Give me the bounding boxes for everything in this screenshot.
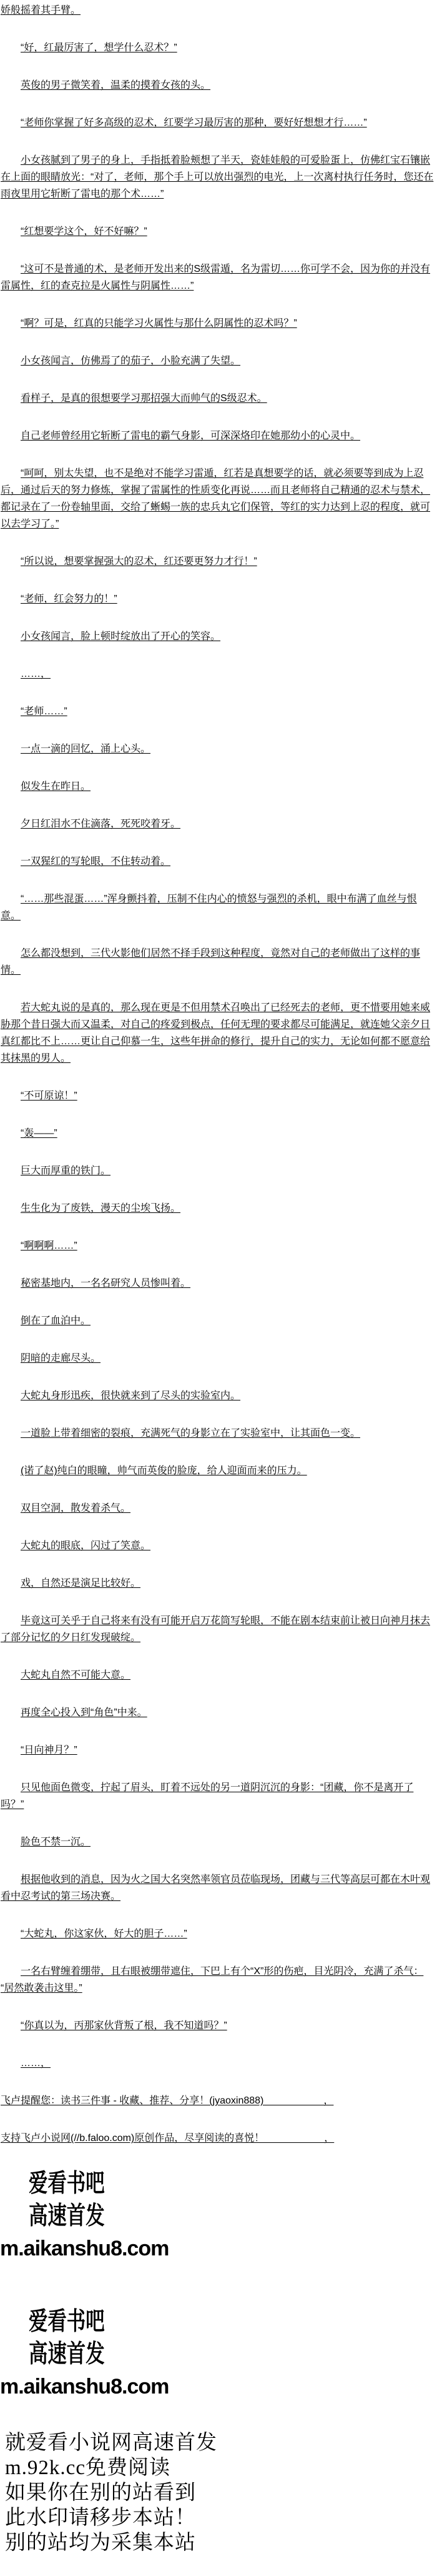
- novel-paragraph: “不可原谅！”: [1, 1087, 436, 1104]
- novel-paragraph: “老师你掌握了好多高级的忍术，红要学习最厉害的那种，要好好想想才行……”: [1, 114, 436, 131]
- novel-paragraph: 双目空洞，散发着杀气。: [1, 1500, 436, 1517]
- novel-paragraph: 脸色不禁一沉。: [1, 1834, 436, 1850]
- novel-paragraph: 巨大而厚重的铁门。: [1, 1162, 436, 1179]
- novel-paragraph: 一道脸上带着细密的裂痕，充满死气的身影立在了实验室中，让其面色一变。: [1, 1425, 436, 1442]
- novel-paragraph: 支持飞卢小说网(//b.faloo.com)原创作品，尽享阅读的喜悦！ ，: [1, 2130, 436, 2147]
- novel-paragraph: 夕日红泪水不住滴落，死死咬着牙。: [1, 816, 436, 832]
- promo-site-name: 爱看书吧: [29, 2167, 105, 2201]
- promo-site-name-row: 爱看书吧: [0, 2305, 437, 2338]
- novel-paragraph: “轰——”: [1, 1125, 436, 1142]
- novel-paragraph: “老师，红会努力的！”: [1, 591, 436, 607]
- novel-paragraph: 大蛇丸身形迅疾，很快就来到了尽头的实验室内。: [1, 1387, 436, 1404]
- watermark-line: 别的站均为采集本站: [5, 2530, 437, 2555]
- novel-paragraph: 秘密基地内，一名名研究人员惨叫着。: [1, 1275, 436, 1292]
- novel-paragraph: “所以说，想要掌握强大的忍术，红还要更努力才行！”: [1, 553, 436, 570]
- novel-paragraph: 小女孩腻到了男子的身上，手指抵着脸颊想了半天，瓷娃娃般的可爱脸蛋上，仿佛红宝石镶…: [1, 152, 436, 202]
- novel-paragraph: 大蛇丸自然不可能大意。: [1, 1667, 436, 1684]
- novel-paragraph: 毕竟这可关乎于自己将来有没有可能开启万花筒写轮眼，不能在剧本结束前让被日向神月抹…: [1, 1612, 436, 1646]
- novel-paragraph: 一点一滴的回忆，涌上心头。: [1, 741, 436, 757]
- novel-paragraph: 小女孩闻言，脸上顿时绽放出了开心的笑容。: [1, 628, 436, 645]
- novel-paragraph: 似发生在昨日。: [1, 778, 436, 795]
- promo-site-url: m.aikanshu8.com: [0, 2232, 437, 2265]
- promo-tagline-row: 高速首发: [0, 2200, 437, 2232]
- novel-paragraph: 再度全心投入到“角色”中来。: [1, 1704, 436, 1721]
- promo-site-url: m.aikanshu8.com: [0, 2370, 437, 2403]
- novel-paragraph: 根据他收到的消息，因为火之国大名突然率领官员莅临现场，团藏与三代等高层可都在木叶…: [1, 1871, 436, 1905]
- novel-paragraph: 娇般摇着其手臂。: [1, 2, 436, 19]
- novel-paragraph: “……那些混蛋……”浑身颤抖着，压制不住内心的愤怒与强烈的杀机，眼中布满了血丝与…: [1, 891, 436, 924]
- watermark-line: 此水印请移步本站！: [5, 2505, 437, 2530]
- novel-paragraph: 生生化为了废铁，漫天的尘埃飞扬。: [1, 1200, 436, 1217]
- watermark-line: 就爱看小说网高速首发: [5, 2430, 437, 2455]
- novel-paragraph: “好，红最厉害了，想学什么忍术？”: [1, 39, 436, 56]
- novel-paragraph: 看样子，是真的很想要学习那招强大而帅气的S级忍术。: [1, 390, 436, 407]
- novel-paragraph: 若大蛇丸说的是真的，那么现在更是不但用禁术召唤出了已经死去的老师，更不惜要用她来…: [1, 999, 436, 1067]
- novel-paragraph: 怎么都没想到，三代火影他们居然不择手段到这种程度，竟然对自己的老师做出了这样的事…: [1, 945, 436, 979]
- novel-paragraph: “老师……”: [1, 703, 436, 720]
- novel-paragraph: “这可不是普通的术，是老师开发出来的S级雷遁，名为雷切……你可学不会，因为你的并…: [1, 261, 436, 294]
- promo-site-name-row: 爱看书吧: [0, 2167, 437, 2200]
- promo-tagline: 高速首发: [29, 2337, 105, 2372]
- watermark-line: m.92k.cc免费阅读: [5, 2455, 437, 2480]
- novel-paragraph: 小女孩闻言，仿佛焉了的茄子，小脸充满了失望。: [1, 352, 436, 369]
- novel-paragraph: “大蛇丸，你这家伙，好大的胆子……”: [1, 1925, 436, 1942]
- promo-tagline: 高速首发: [29, 2199, 105, 2234]
- novel-paragraph: 只见他面色微变，拧起了眉头，盯着不远处的另一道阴沉沉的身影：“团藏，你不是离开了…: [1, 1779, 436, 1813]
- novel-paragraph: ……，: [1, 2055, 436, 2072]
- watermark-line: 如果你在别的站看到: [5, 2480, 437, 2505]
- aikanshu-promo-block-1: 爱看书吧 高速首发 m.aikanshu8.com: [0, 2167, 437, 2265]
- novel-paragraph: “啊？可是，红真的只能学习火属性与那什么阴属性的忍术吗？”: [1, 315, 436, 332]
- promo-site-name: 爱看书吧: [29, 2305, 105, 2339]
- aikanshu-promo-block-2: 爱看书吧 高速首发 m.aikanshu8.com: [0, 2305, 437, 2403]
- novel-paragraph: ……，: [1, 666, 436, 682]
- novel-paragraph: 阴暗的走廊尽头。: [1, 1350, 436, 1367]
- novel-body: 娇般摇着其手臂。“好，红最厉害了，想学什么忍术？”英俊的男子微笑着，温柔的摸着女…: [0, 0, 437, 2147]
- novel-paragraph: “呵呵，别太失望，也不是绝对不能学习雷遁，红若是真想要学的话，就必须要等到成为上…: [1, 465, 436, 532]
- novel-paragraph: “日向神月？”: [1, 1742, 436, 1759]
- novel-paragraph: 倒在了血泊中。: [1, 1312, 436, 1329]
- novel-paragraph: 大蛇丸的眼底，闪过了笑意。: [1, 1537, 436, 1554]
- novel-paragraph: “红想要学这个，好不好嘛？”: [1, 223, 436, 240]
- novel-paragraph: 英俊的男子微笑着，温柔的摸着女孩的头。: [1, 77, 436, 94]
- novel-paragraph: 一名右臂缠着绷带，且右眼被绷带遮住，下巴上有个“X”形的伤疤，目光阴冷，充满了杀…: [1, 1963, 436, 1997]
- novel-paragraph: 一双猩红的写轮眼，不住转动着。: [1, 853, 436, 870]
- novel-paragraph: “啊啊啊……”: [1, 1237, 436, 1254]
- novel-paragraph: “你真以为，丙那家伙背叛了根，我不知道吗？”: [1, 2017, 436, 2034]
- novel-paragraph: 戏，自然还是演足比较好。: [1, 1575, 436, 1592]
- novel-paragraph: (诺了赵)纯白的眼瞳，帅气而英俊的脸庞，给人迎面而来的压力。: [1, 1462, 436, 1479]
- novel-reader-page: 娇般摇着其手臂。“好，红最厉害了，想学什么忍术？”英俊的男子微笑着，温柔的摸着女…: [0, 0, 437, 2555]
- novel-paragraph: 自己老师曾经用它斩断了雷电的霸气身影，可深深烙印在她那幼小的心灵中。: [1, 427, 436, 444]
- watermark-block: 就爱看小说网高速首发 m.92k.cc免费阅读 如果你在别的站看到 此水印请移步…: [0, 2430, 437, 2555]
- promo-tagline-row: 高速首发: [0, 2338, 437, 2370]
- novel-paragraph: 飞卢提醒您：读书三件事 - 收藏、推荐、分享！(jyaoxin888) ，: [1, 2092, 436, 2109]
